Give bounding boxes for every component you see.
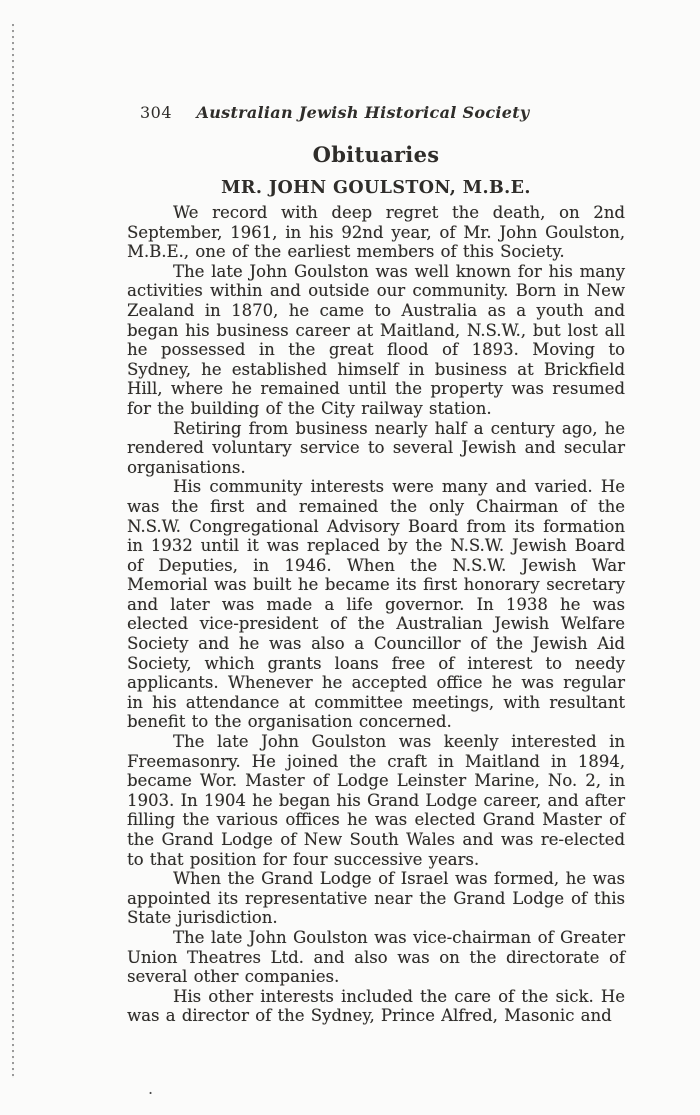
obituary-paragraph: His other interests included the care of… xyxy=(127,987,625,1026)
obituary-paragraph: Retiring from business nearly half a cen… xyxy=(127,419,625,478)
section-title: Obituaries xyxy=(127,143,625,166)
running-header: 304 Australian Jewish Historical Society xyxy=(127,103,625,123)
obituary-body: We record with deep regret the death, on… xyxy=(127,203,625,1026)
article-title: MR. JOHN GOULSTON, M.B.E. xyxy=(127,178,625,198)
obituary-paragraph: We record with deep regret the death, on… xyxy=(127,203,625,262)
page-number: 304 xyxy=(140,103,172,123)
scan-artifact-line xyxy=(12,24,14,1078)
obituary-paragraph: The late John Goulston was keenly intere… xyxy=(127,732,625,869)
obituary-paragraph: When the Grand Lodge of Israel was forme… xyxy=(127,869,625,928)
obituary-paragraph: His community interests were many and va… xyxy=(127,477,625,732)
document-page: 304 Australian Jewish Historical Society… xyxy=(0,0,700,1115)
journal-title: Australian Jewish Historical Society xyxy=(196,103,529,122)
page-content: 304 Australian Jewish Historical Society… xyxy=(127,0,625,1026)
stray-mark: . xyxy=(148,1084,153,1094)
obituary-paragraph: The late John Goulston was well known fo… xyxy=(127,262,625,419)
obituary-paragraph: The late John Goulston was vice-chairman… xyxy=(127,928,625,987)
